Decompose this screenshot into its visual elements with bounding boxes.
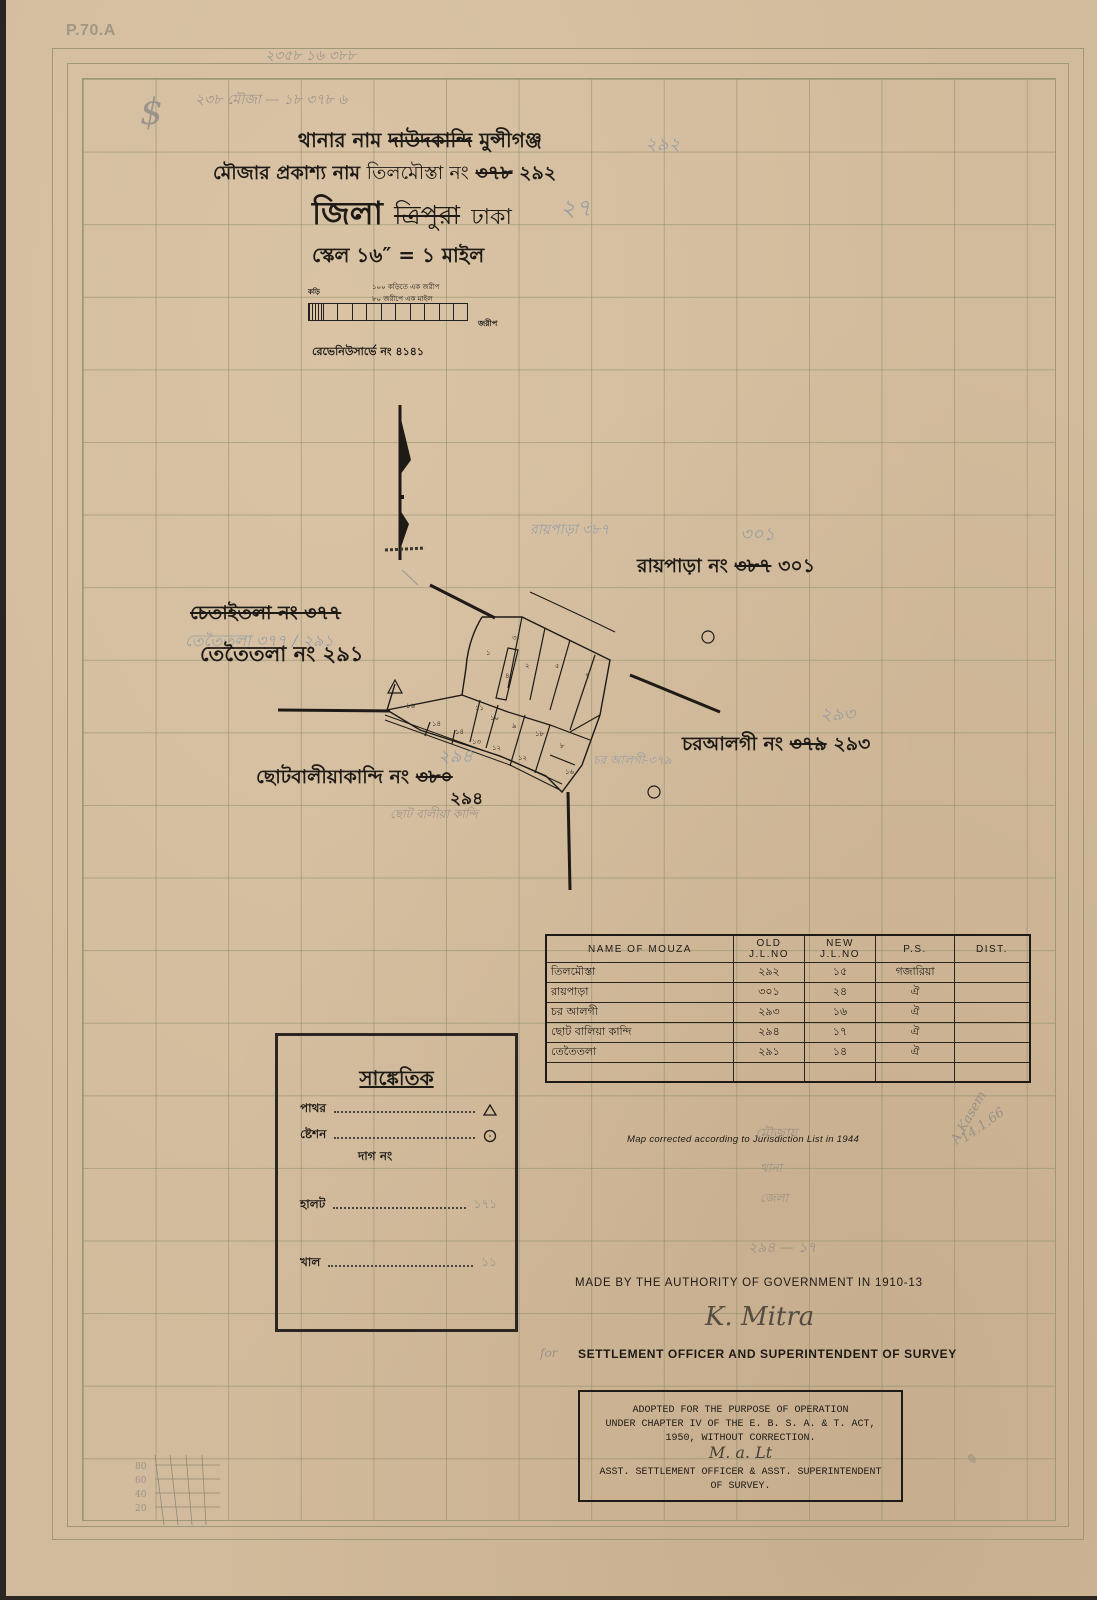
adoption-stamp: ADOPTED FOR THE PURPOSE OF OPERATION UND… <box>578 1390 903 1502</box>
legend-item-halot: হালট ১৭১ <box>300 1196 497 1216</box>
corner-label: 20 <box>135 1502 146 1516</box>
legend-title: সাঙ্কেতিক <box>278 1064 515 1097</box>
svg-text:১৪: ১৪ <box>455 728 464 736</box>
table-row: ছোট বালিয়া কান্দি২৯৪১৭ঐ <box>546 1023 1030 1043</box>
pencil-note: জেলা <box>760 1190 788 1210</box>
district-old: ত্রিপুরা <box>394 201 460 231</box>
col-dist: DIST. <box>955 935 1031 963</box>
scale-unit-right: জরীপ <box>478 318 497 331</box>
pencil-note: ছোট বালীয়া কান্দি <box>390 806 478 826</box>
thana-line: থানার নাম দাউদকান্দি মুন্সীগঞ্জ <box>298 126 542 159</box>
map-sheet: P.70.A 80 60 40 20 ২৩৫৮ ১৬ ৩৮৮ ২৩৮ মৌজা … <box>0 0 1097 1600</box>
neighbour-name: রায়পাড়া নং <box>637 555 728 577</box>
table-row: তিলমৌস্তা২৯২১৫গজারিয়া <box>546 963 1030 983</box>
svg-text:১২: ১২ <box>492 744 501 752</box>
col-ps: P.S. <box>876 935 955 963</box>
corner-label: 60 <box>135 1474 146 1488</box>
neighbour-new-no: ২৯৩ <box>833 733 870 755</box>
svg-text:৪: ৪ <box>505 672 510 680</box>
col-new-jl: NEW J.L.NO <box>805 935 876 963</box>
pencil-note: ২৯৩ <box>820 700 855 731</box>
authority-line: MADE BY THE AUTHORITY OF GOVERNMENT IN 1… <box>575 1277 923 1289</box>
svg-text:৫: ৫ <box>555 662 560 670</box>
neighbour-name: চরআলগী নং <box>682 733 783 755</box>
pencil-note: রায়পাড়া ৩৮৭ <box>530 518 609 542</box>
svg-text:১০: ১০ <box>490 714 499 722</box>
scale-unit-left: কড়ি <box>308 286 320 298</box>
pencil-note: মৌজায় <box>755 1122 797 1146</box>
neighbour-name: ছোটবালীয়াকান্দি নং <box>256 766 409 788</box>
neighbour-chetaitola: চেতাইতলা নং ৩৭৭ <box>190 599 341 631</box>
pencil-note: ২৯৪ — ১৭ <box>748 1236 816 1260</box>
correction-note: Map corrected according to Jurisdiction … <box>627 1134 859 1145</box>
circle-icon <box>483 1129 497 1143</box>
pencil-dollar-mark: $ <box>140 92 163 133</box>
thana-old: দাউদকান্দি <box>388 128 472 152</box>
neighbour-old-no: ৩৭৯ <box>790 733 827 755</box>
scale-note-1: ১০০ কড়িতে এক জরীপ <box>372 281 439 293</box>
legend-label: ষ্টেশন <box>300 1126 326 1146</box>
district-new: ঢাকা <box>471 205 512 230</box>
neighbour-raypara: রায়পাড়া নং ৩৮৭ ৩০১ <box>637 552 815 584</box>
corner-label: 80 <box>135 1460 146 1474</box>
stamp-line: ADOPTED FOR THE PURPOSE OF OPERATION <box>580 1404 901 1418</box>
svg-text:২: ২ <box>525 662 530 670</box>
scale-text: স্কেল ১৬″ = ১ মাইল <box>312 241 484 274</box>
legend-label: পাথর <box>300 1100 326 1120</box>
mouza-label: মৌজার প্রকাশ্য নাম <box>213 162 360 184</box>
pencil-note: ২৩৫৮ ১৬ ৩৮৮ <box>265 44 356 68</box>
svg-text:৮: ৮ <box>560 742 565 750</box>
mouza-old-no: ৩৭৮ <box>475 162 512 184</box>
svg-text:১৬: ১৬ <box>406 702 416 710</box>
neighbour-new-no: ২৯১ <box>323 642 364 666</box>
stamp-line: OF SURVEY. <box>580 1480 901 1494</box>
legend-label: হালট <box>300 1196 325 1216</box>
scan-edge <box>0 0 6 1600</box>
district-label: জিলা <box>312 194 383 232</box>
neighbour-chhot-baliakandi: ছোটবালীয়াকান্দি নং ৩৮০ <box>256 763 453 795</box>
mouza-table: NAME OF MOUZA OLD J.L.NO NEW J.L.NO P.S.… <box>545 934 1031 1083</box>
stamp-line: ASST. SETTLEMENT OFFICER & ASST. SUPERIN… <box>580 1466 901 1480</box>
legend-value: ১৭১ <box>474 1196 497 1216</box>
table-row: চর আলগী২৯৩১৬ঐ <box>546 1003 1030 1023</box>
svg-text:৭: ৭ <box>585 672 590 680</box>
corner-graticule <box>150 1455 220 1535</box>
thana-label: থানার নাম <box>298 128 381 152</box>
svg-text:৯: ৯ <box>512 722 517 730</box>
svg-text:১৮: ১৮ <box>535 730 545 738</box>
legend-box: সাঙ্কেতিক পাথর ষ্টেশন দাগ নং হালট ১৭১ খা… <box>275 1033 518 1332</box>
officer-title: SETTLEMENT OFFICER AND SUPERINTENDENT OF… <box>578 1347 957 1361</box>
neighbour-name: তেতৈতলা নং <box>200 642 315 666</box>
svg-text:৩: ৩ <box>512 634 517 642</box>
pencil-note: থানা <box>760 1160 782 1180</box>
pencil-note: চর আলগী-৩৭৯ <box>593 752 672 772</box>
neighbour-old-no: ৩৮০ <box>416 766 453 788</box>
form-code: P.70.A <box>66 22 116 40</box>
table-row: রায়পাড়া৩০১২৪ঐ <box>546 983 1030 1003</box>
stamp-line: UNDER CHAPTER IV OF THE E. B. S. A. & T.… <box>580 1418 901 1432</box>
legend-item-stone: পাথর <box>300 1100 497 1120</box>
stamp-signature: M. a. Lt <box>580 1446 901 1466</box>
legend-value: ১১ <box>481 1254 497 1274</box>
district-line: জিলা ত্রিপুরা ঢাকা <box>312 188 512 242</box>
svg-text:১৪: ১৪ <box>432 720 441 728</box>
neighbour-chor-algi: চরআলগী নং ৩৭৯ ২৯৩ <box>682 730 870 762</box>
col-old-jl: OLD J.L.NO <box>734 935 805 963</box>
svg-text:১৬: ১৬ <box>565 768 575 776</box>
corner-scale-labels: 80 60 40 20 <box>135 1460 146 1516</box>
col-name: NAME OF MOUZA <box>546 935 734 963</box>
pencil-note: ৩০১ <box>740 520 775 551</box>
mouza-line: মৌজার প্রকাশ্য নাম তিলমৌস্তা নং ৩৭৮ ২৯২ <box>213 159 556 191</box>
pencil-note: ২৭ <box>560 190 591 230</box>
table-row <box>546 1063 1030 1083</box>
neighbour-old-no: ৩৮৭ <box>734 555 771 577</box>
table-row: তেতৈতলা২৯১১৪ঐ <box>546 1043 1030 1063</box>
scale-bar <box>308 303 468 321</box>
pencil-signature-corner: ✎ <box>965 1452 977 1468</box>
for-prefix: for <box>540 1346 557 1360</box>
neighbour-new-no: ৩০১ <box>778 555 815 577</box>
legend-item-khal: খাল ১১ <box>300 1254 497 1274</box>
svg-text:১১: ১১ <box>475 704 484 712</box>
revenue-survey-no: রেভেনিউসার্ভে নং ৪১৪১ <box>312 343 424 362</box>
neighbour-tetoitola: তেতৈতলা নং ২৯১ <box>200 638 363 673</box>
triangle-icon <box>483 1104 497 1116</box>
pencil-note: ২৩৮ মৌজা — ১৮ ৩৭৮ ৬ <box>195 88 347 112</box>
svg-text:১: ১ <box>486 649 491 657</box>
pencil-note: ২৯২ <box>645 130 680 161</box>
corner-label: 40 <box>135 1488 146 1502</box>
svg-text:১২: ১২ <box>518 754 527 762</box>
scan-edge-bottom <box>0 1596 1097 1600</box>
thana-new: মুন্সীগঞ্জ <box>479 128 542 152</box>
table-header-row: NAME OF MOUZA OLD J.L.NO NEW J.L.NO P.S.… <box>546 935 1030 963</box>
officer-signature: K. Mitra <box>705 1302 814 1332</box>
legend-item-station: ষ্টেশন <box>300 1126 497 1146</box>
legend-item-plot-no: দাগ নং <box>358 1148 392 1168</box>
mouza-new-no: ২৯২ <box>519 162 556 184</box>
legend-label: খাল <box>300 1254 320 1274</box>
mouza-name: তিলমৌস্তা নং <box>367 162 469 184</box>
svg-text:১৩: ১৩ <box>472 738 482 746</box>
